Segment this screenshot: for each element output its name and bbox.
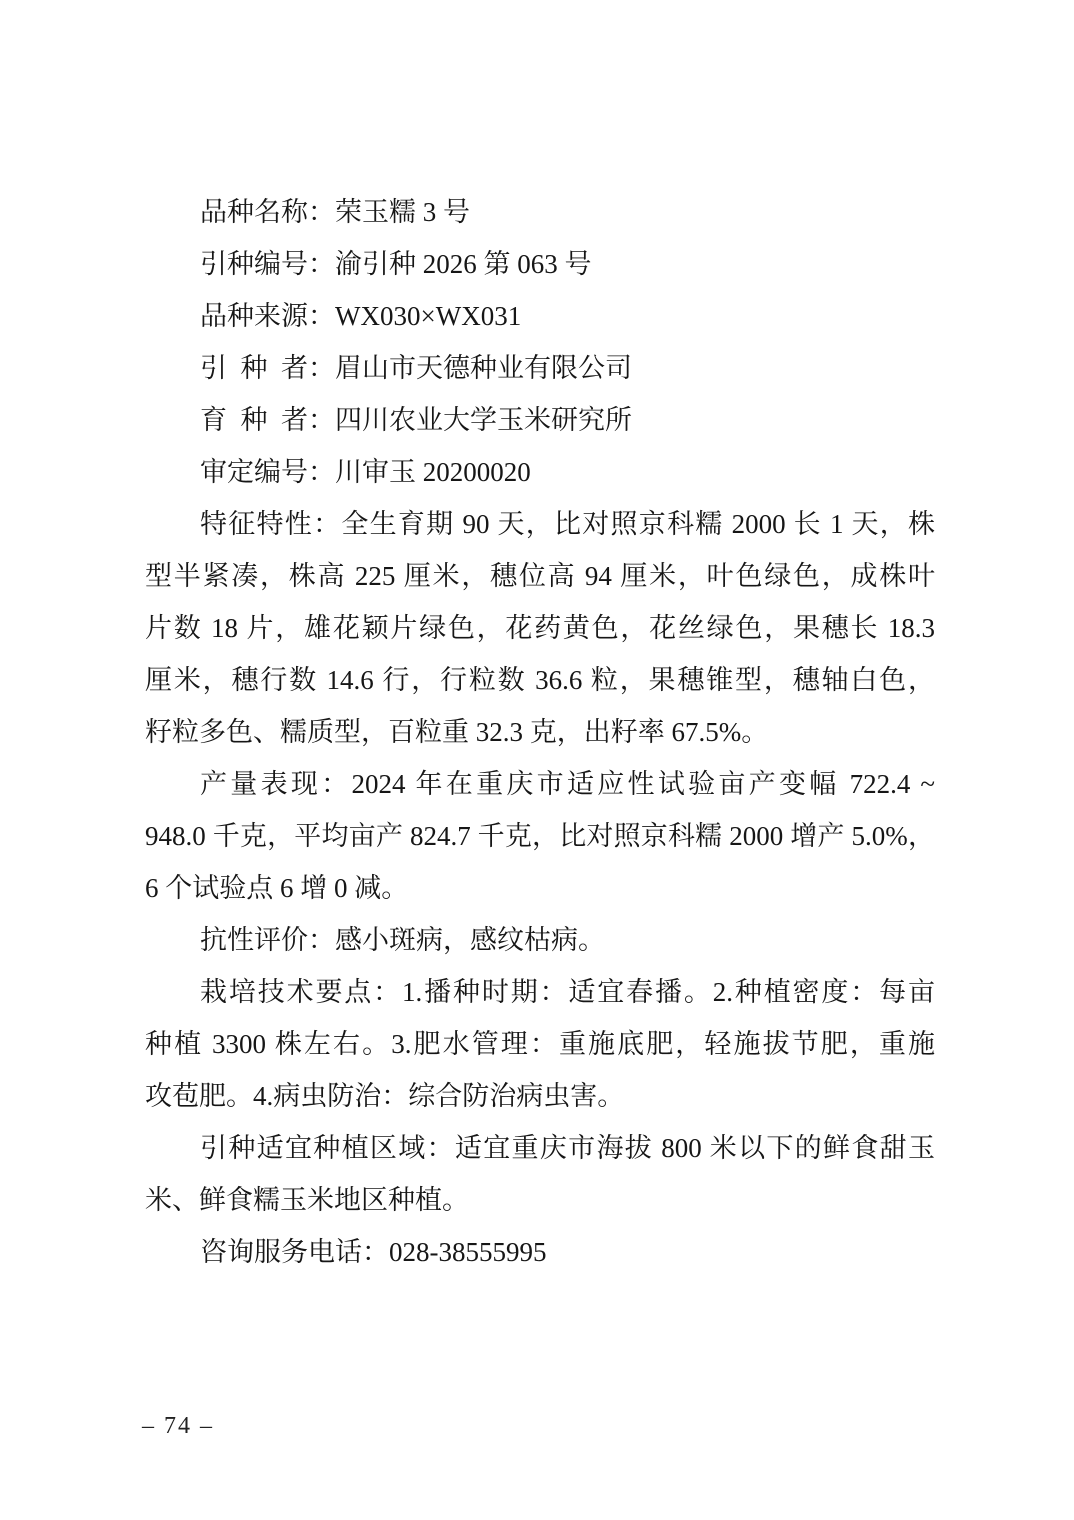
page-number: – 74 – [142,1406,214,1446]
characteristics-line: 厘米，穗行数 14.6 行，行粒数 36.6 粒，果穗锥型，穗轴白色， [145,654,935,706]
yield-performance-line: 产量表现：2024 年在重庆市适应性试验亩产变幅 722.4 ~ [145,758,935,810]
cultivation-techniques-line: 栽培技术要点：1.播种时期：适宜春播。2.种植密度：每亩 [145,966,935,1018]
document-page: 品种名称：荣玉糯 3 号引种编号：渝引种 2026 第 063 号品种来源：WX… [0,0,1074,1520]
cultivation-techniques-line: 攻苞肥。4.病虫防治：综合防治病虫害。 [145,1070,935,1122]
yield-performance-line: 948.0 千克，平均亩产 824.7 千克，比对照京科糯 2000 增产 5.… [145,810,935,862]
approval-number-line: 审定编号：川审玉 20200020 [145,446,935,498]
variety-source-line: 品种来源：WX030×WX031 [145,290,935,342]
document-body: 品种名称：荣玉糯 3 号引种编号：渝引种 2026 第 063 号品种来源：WX… [145,186,935,1278]
characteristics-line: 特征特性：全生育期 90 天，比对照京科糯 2000 长 1 天，株 [145,498,935,550]
suitable-planting-region-line: 引种适宜种植区域：适宜重庆市海拔 800 米以下的鲜食甜玉 [145,1122,935,1174]
characteristics-line: 籽粒多色、糯质型，百粒重 32.3 克，出籽率 67.5%。 [145,706,935,758]
service-phone-line: 咨询服务电话：028-38555995 [145,1226,935,1278]
introduction-number-line: 引种编号：渝引种 2026 第 063 号 [145,238,935,290]
introducer-line: 引 种 者：眉山市天德种业有限公司 [145,342,935,394]
resistance-evaluation-line: 抗性评价：感小斑病，感纹枯病。 [145,914,935,966]
suitable-planting-region-line: 米、鲜食糯玉米地区种植。 [145,1174,935,1226]
cultivation-techniques-line: 种植 3300 株左右。3.肥水管理：重施底肥，轻施拔节肥，重施 [145,1018,935,1070]
characteristics-line: 型半紧凑，株高 225 厘米，穗位高 94 厘米，叶色绿色，成株叶 [145,550,935,602]
yield-performance-line: 6 个试验点 6 增 0 减。 [145,862,935,914]
breeder-line: 育 种 者：四川农业大学玉米研究所 [145,394,935,446]
characteristics-line: 片数 18 片，雄花颖片绿色，花药黄色，花丝绿色，果穗长 18.3 [145,602,935,654]
variety-name-line: 品种名称：荣玉糯 3 号 [145,186,935,238]
